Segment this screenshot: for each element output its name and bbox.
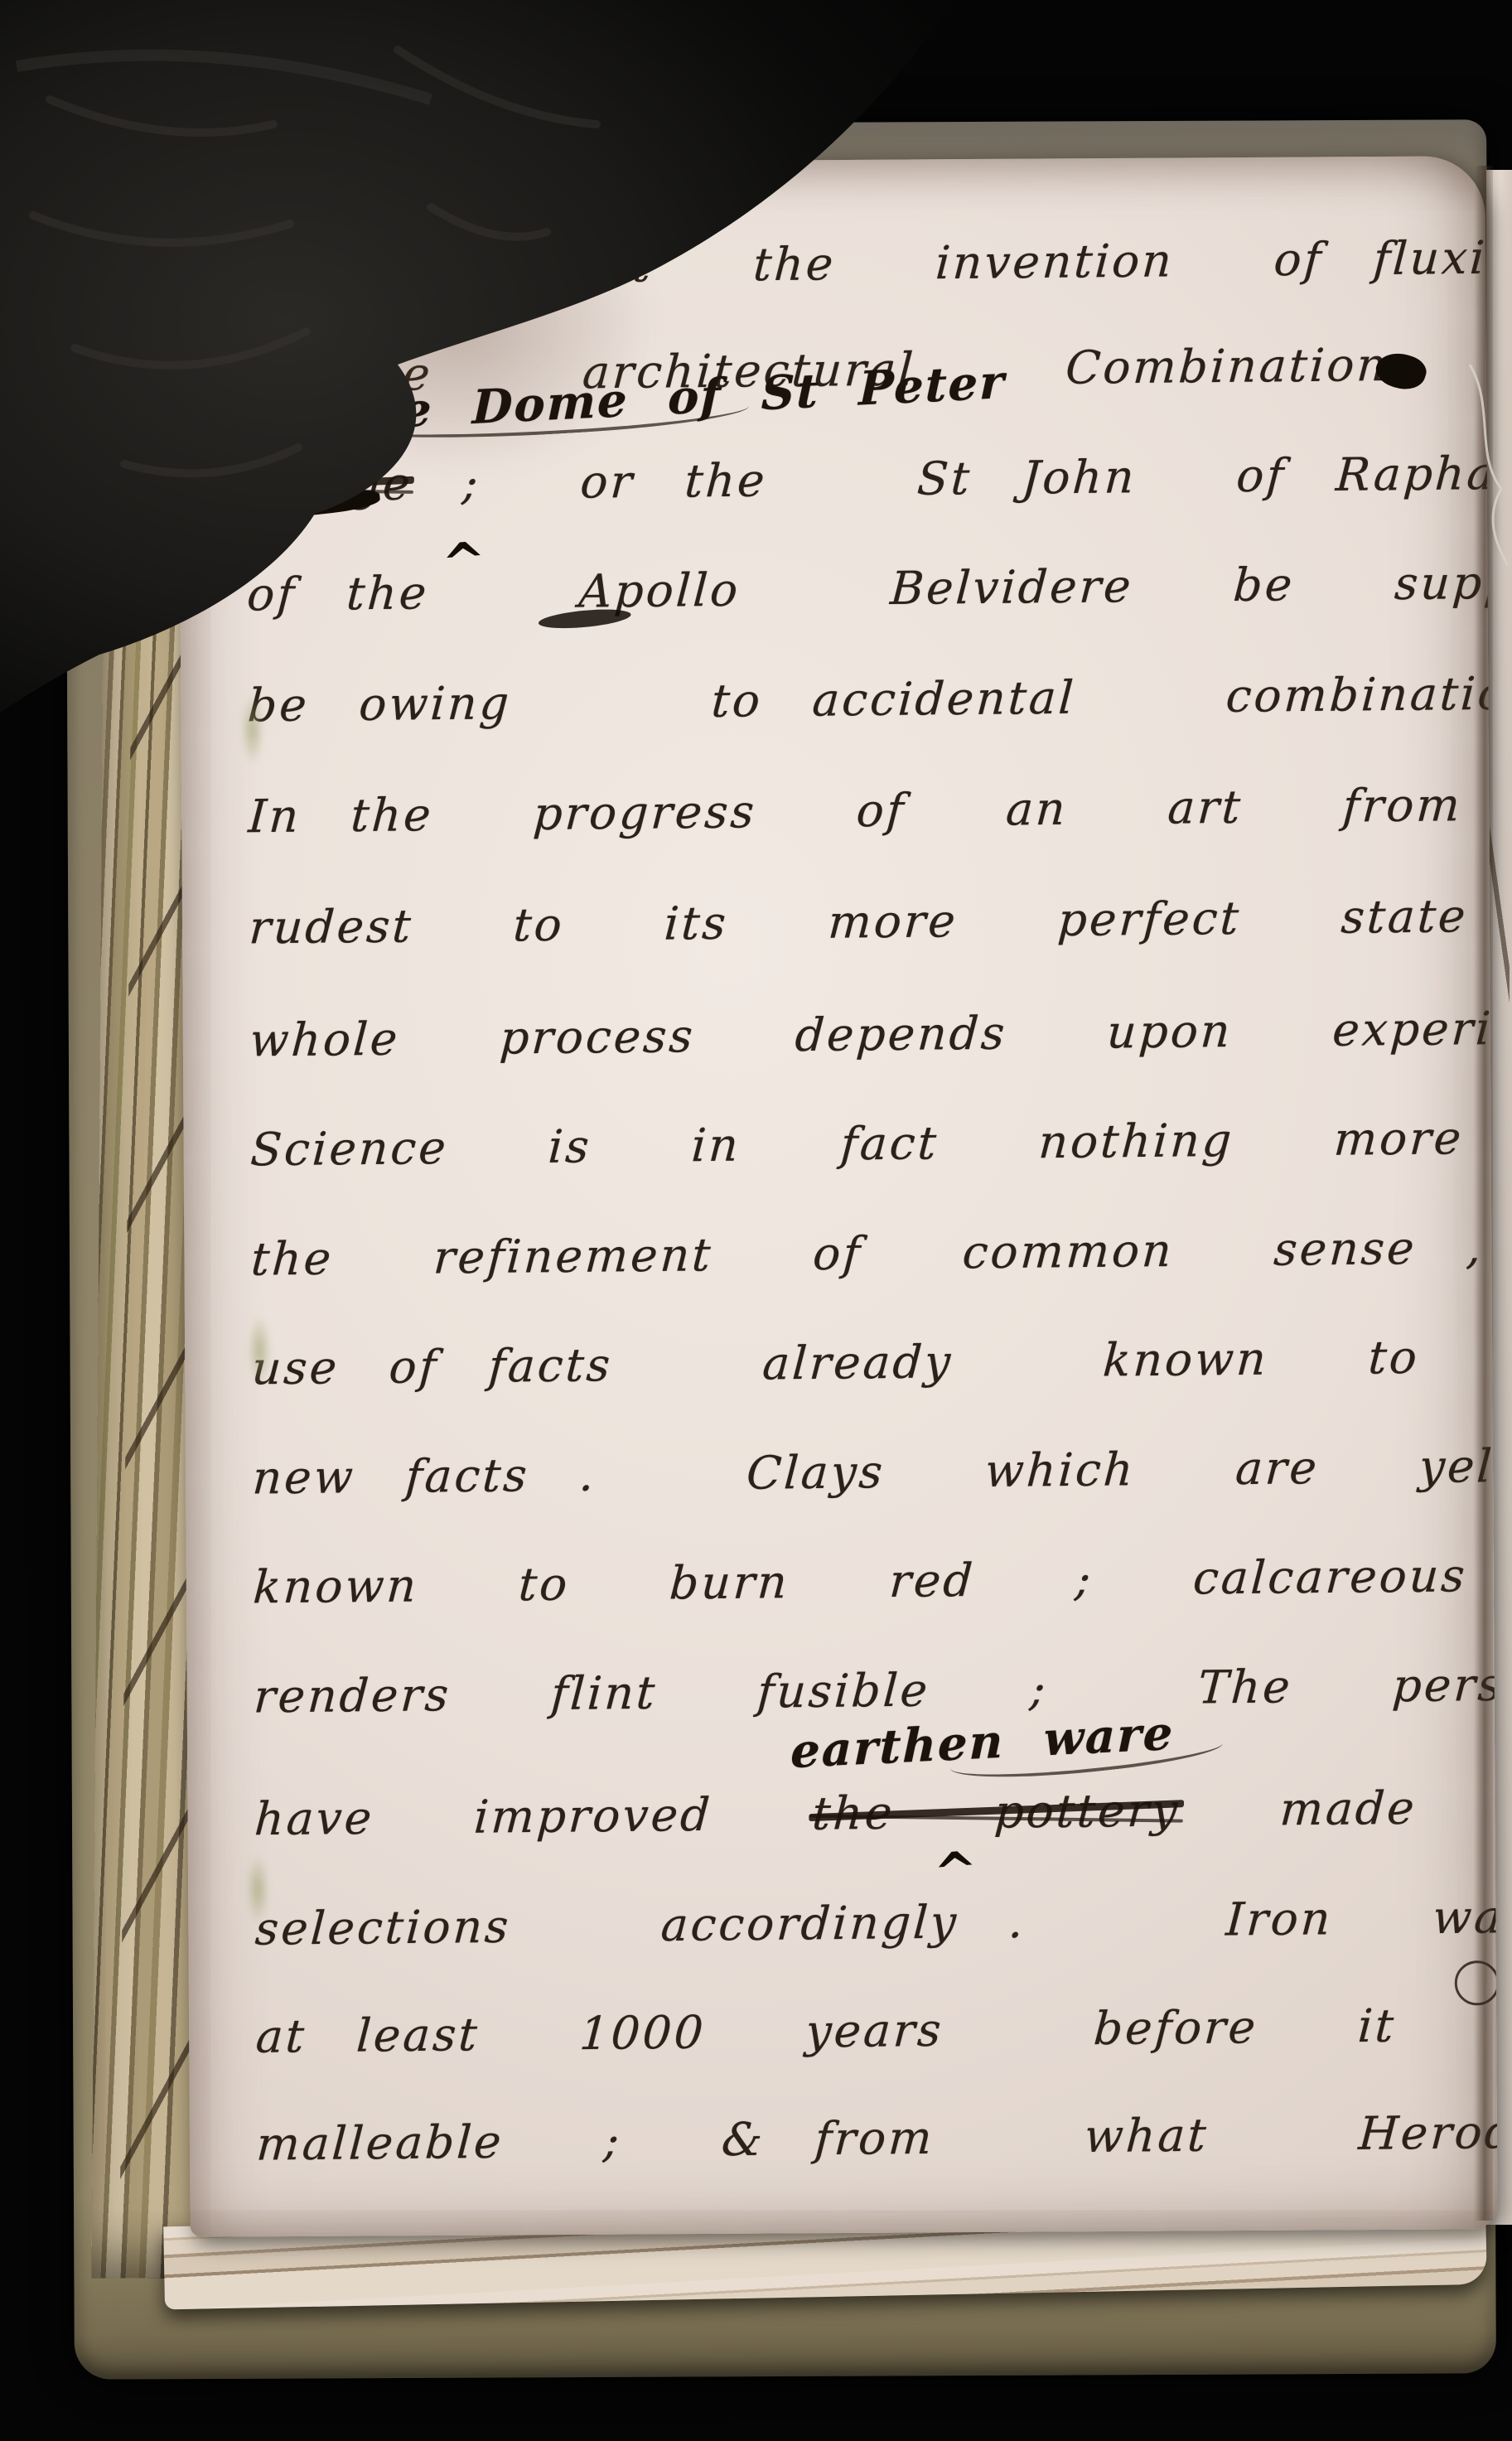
gloved-hand: [0, 0, 1036, 812]
line-text: malleable ; & from what Herodotus says: [255, 2102, 1498, 2170]
line-text: whole process depends upon experiments .: [249, 999, 1498, 1066]
manuscript-line: renders flint fusible ; The persons who: [253, 1659, 1498, 1721]
line-text: renders flint fusible ; The persons who: [253, 1656, 1498, 1723]
line-text: known to burn red ; calcareous earth: [252, 1547, 1498, 1614]
manuscript-line: the refinement of common sense , — makin…: [249, 1220, 1497, 1283]
stain: [246, 1854, 270, 1925]
line-text: use of facts already known to acquire: [250, 1327, 1497, 1395]
clipped-text-fragments: [1490, 514, 1510, 2088]
manuscript-line: malleable ; & from what Herodotus says: [255, 2105, 1498, 2168]
manuscript-line: use of facts already known to acquire: [250, 1331, 1497, 1393]
line-text: selections accordingly . Iron was discov…: [254, 1887, 1497, 1955]
manuscript-line: rudest to its more perfect state , the: [248, 890, 1498, 952]
line-text: made their: [1178, 1779, 1497, 1836]
manuscript-line: have improved the pottery made their: [254, 1782, 1498, 1844]
line-text: at least 1000 years before it was render…: [254, 1994, 1498, 2062]
line-text: rudest to its more perfect state , the: [248, 887, 1498, 954]
line-text: new facts . Clays which are yellow are: [251, 1437, 1498, 1505]
stain: [248, 1315, 272, 1386]
manuscript-line: selections accordingly . Iron was discov…: [254, 1890, 1497, 1954]
line-text: have improved: [254, 1787, 814, 1845]
photo-scene: { "palette": { "background": "#050505", …: [0, 0, 1512, 2441]
thread-fiber: [1460, 356, 1510, 572]
caret-mark: ^: [932, 1844, 980, 1901]
manuscript-line: Science is in fact nothing more than: [249, 1113, 1498, 1174]
struck-word: the pottery: [811, 1783, 1181, 1839]
line-text: Science is in fact nothing more than: [249, 1109, 1498, 1177]
manuscript-line: whole process depends upon experiments .: [249, 1003, 1498, 1065]
glove-silhouette: [0, 0, 953, 713]
manuscript-line: at least 1000 years before it was render…: [254, 1997, 1497, 2061]
manuscript-line: known to burn red ; calcareous earth: [252, 1550, 1498, 1612]
line-text: the refinement of common sense , — makin…: [249, 1217, 1497, 1285]
manuscript-line: new facts . Clays which are yellow are: [251, 1440, 1498, 1502]
